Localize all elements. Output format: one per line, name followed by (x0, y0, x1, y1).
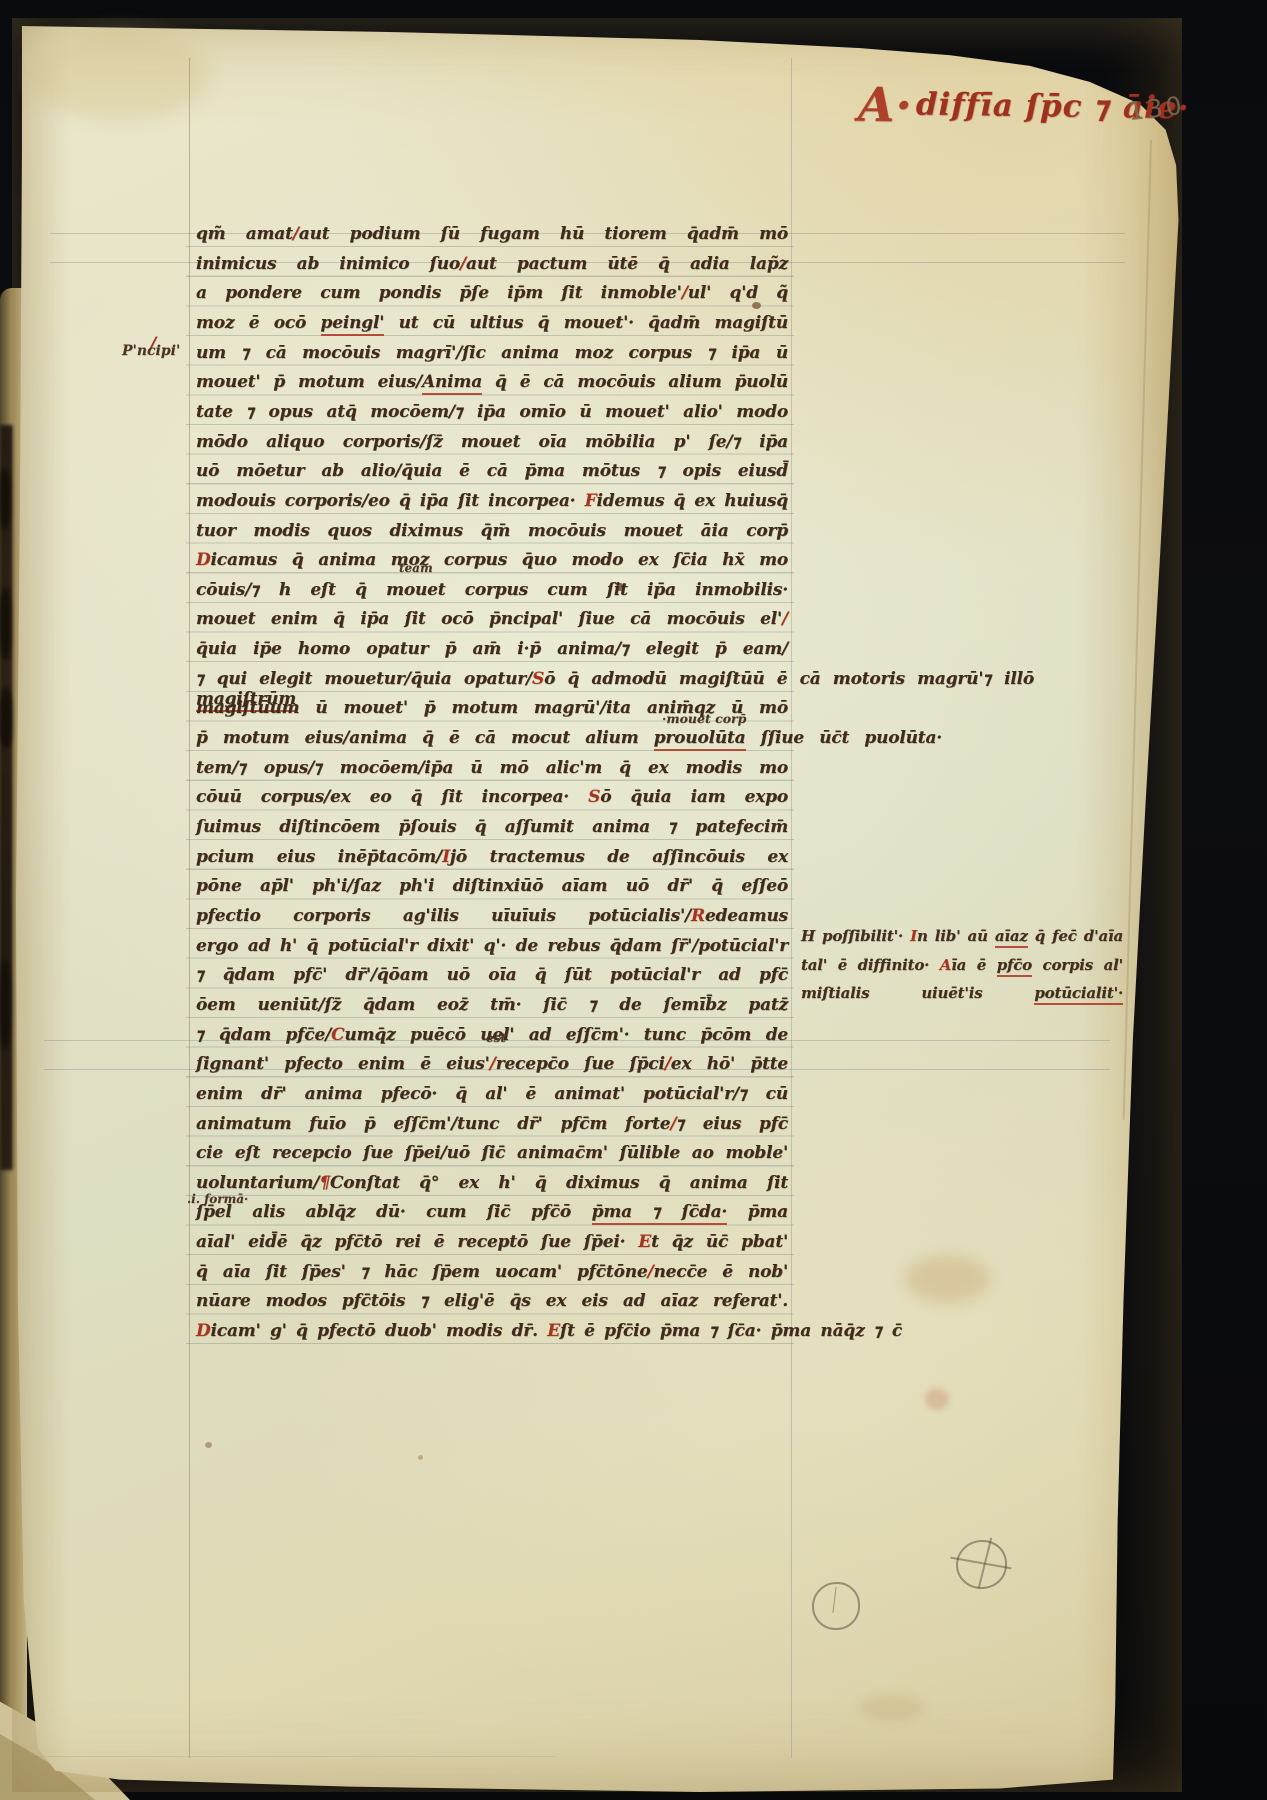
manuscript-line-32: cie eſt recepcio ſue ſp̄ei/uō ſic̄ anima… (196, 1143, 788, 1172)
underleaf-text-smudge (0, 588, 11, 660)
rubricated-letter: S (588, 787, 600, 807)
text-segment: icam' g' q̄ pfectō duob' modis dr̄. (211, 1321, 548, 1341)
rubricated-letter: E (638, 1232, 651, 1252)
manuscript-line-20: cōuū corpus/ex eo q̄ ſit incorpea· Sō q̄… (196, 787, 788, 816)
text-segment: animatum fuīo p̄ eſſc̄m'/tunc dr̄' pfc̄m… (196, 1114, 670, 1134)
text-segment: qm̃ amat (196, 224, 293, 244)
rubricated-letter: C (331, 1025, 344, 1045)
gloss-note-6: .i. formā· (187, 1192, 248, 1206)
text-segment: q̄ aīa ſit ſp̄es' ⁊ hāc ſp̄em uocam' pfc… (196, 1262, 648, 1282)
text-segment: umq̄z puēcō uel' ad eſſc̄m'· tunc p̄cōm … (344, 1025, 788, 1045)
text-segment: mouet' p̄ motum eius/ (196, 372, 422, 392)
text-segment: q̄ ē cā mocōuis alium p̄uolū (482, 372, 788, 392)
red-underlined-word: Anima (422, 372, 482, 395)
stain (860, 1695, 924, 1721)
text-segment: q̄ fec̄ d'aīa (1028, 927, 1123, 945)
text-segment: mōdo aliquo corporis/ſz̄ mouet oīa mōbil… (196, 432, 788, 452)
text-segment: enim dr̄' anima pfecō· q̄ al' ē animat' … (196, 1084, 788, 1104)
red-underlined-word: prouolūta (654, 728, 746, 751)
text-segment: inimicus ab inimico ſuo (196, 254, 460, 274)
stain (925, 1388, 949, 1410)
text-segment: p̄ma (727, 1202, 788, 1222)
underleaf-text-smudge (0, 960, 10, 1050)
through-line (36, 1756, 556, 1757)
manuscript-line-4: moz ē ocō peingl' ut cū ultius q̄ mouet'… (196, 313, 788, 342)
text-segment: cie eſt recepcio ſue ſp̄ei/uō ſic̄ anima… (196, 1143, 788, 1163)
text-segment: q̄uia ip̄e homo opatur p̄ am̄ i·p̄ anima… (196, 639, 788, 659)
text-segment: ſignant' pfecto enim ē eius' (196, 1054, 490, 1074)
rubricated-letter: D (196, 1321, 211, 1341)
gloss-note-4: ·mouet corp̄ (662, 711, 746, 726)
text-segment: pfectio corporis ag'ilis uīuīuis potūcia… (196, 906, 691, 926)
manuscript-line-3: a pondere cum pondis p̄ſe ip̄m ſit inmob… (196, 283, 788, 312)
gloss-note-2: P'ncipi' (122, 343, 180, 359)
margin-note-line-2: tal' ē diffinito· Aīa ē pfc̄o corpis al' (801, 956, 1123, 984)
text-segment: modouis corporis/eo q̄ ip̄a ſit incorpea… (196, 491, 585, 511)
text-segment: ⁊ eius pfc̄ (676, 1114, 788, 1134)
text-segment: moz ē ocō (196, 313, 321, 333)
text-segment: uō mōetur ab alio/q̄uia ē cā p̄ma mōtus … (196, 461, 788, 481)
red-underlined-word: potūcialit'· (1034, 984, 1123, 1005)
text-segment: ul' q'd q̃ (688, 283, 788, 303)
margin-rule-left (189, 58, 190, 1758)
text-segment: ō q̄ admodū magiſtūū ē cā motoris magrū'… (544, 669, 1034, 689)
text-segment: tal' ē diffinito· (801, 956, 940, 974)
manuscript-line-18: p̄ motum eius/anima q̄ ē cā mocut alium … (196, 728, 942, 757)
text-segment: jō tractemus de aſſincōuis ex (450, 847, 788, 867)
text-segment: miſtialis uiuēt'is (801, 984, 1034, 1002)
text-segment: ſt ē pfc̄io p̄ma ⁊ ſc̄a· p̄ma nāq̄z ⁊ c̄ (560, 1321, 902, 1341)
rubricated-letter: F (585, 491, 597, 511)
red-underlined-word: peingl' (321, 313, 385, 336)
text-segment: a pondere cum pondis p̄ſe ip̄m ſit inmob… (196, 283, 682, 303)
gloss-note-5: est (486, 1031, 506, 1045)
text-segment: ex hō' p̄tte (671, 1054, 788, 1074)
text-segment: ſp̄el alis ablq̄z dū· cum ſic̄ pfc̄ō (196, 1202, 592, 1222)
stain (30, 30, 210, 120)
manuscript-line-38: Dicam' g' q̄ pfectō duob' modis dr̄. Eſt… (196, 1321, 902, 1350)
manuscript-line-15: q̄uia ip̄e homo opatur p̄ am̄ i·p̄ anima… (196, 639, 788, 668)
text-segment: ergo ad h' q̄ potūcial'r dixit' q'· de r… (196, 936, 788, 956)
manuscript-line-7: tate ⁊ opus atq̄ mocōem/⁊ ip̄a omīo ū mo… (196, 402, 788, 431)
manuscript-line-34: ſp̄el alis ablq̄z dū· cum ſic̄ pfc̄ō p̄m… (196, 1202, 788, 1231)
rubricated-letter: S (532, 669, 544, 689)
pencil-circle-small (812, 1582, 860, 1630)
text-segment: cōuū corpus/ex eo q̄ ſit incorpea· (196, 787, 588, 807)
red-underlined-word: aīaz (995, 927, 1028, 948)
text-segment: ⁊ q̄dam pfc̄' dr̄'/q̄ōam uō oīa q̄ ſūt p… (196, 965, 788, 985)
text-segment: t q̄z ūc̄ pbat' (651, 1232, 788, 1252)
text-segment: ⁊ qui elegit mouetur/q̄uia opatur/ (196, 669, 532, 689)
text-segment: īa ē (951, 956, 997, 974)
manuscript-line-33: uoluntarium/¶Conſtat q̄° ex h' q̄ diximu… (196, 1173, 788, 1202)
rubricated-letter: A (940, 956, 951, 974)
rubricated-letter: I (910, 927, 917, 945)
manuscript-line-23: pōne ap̄l' ph'i/ſaz ph'i diſtinxiūō aīam… (196, 876, 788, 905)
text-segment: ſuimus diſtincōem p̄ſouis q̄ aſſumit ani… (196, 817, 788, 837)
manuscript-line-26: ⁊ q̄dam pfc̄' dr̄'/q̄ōam uō oīa q̄ ſūt p… (196, 965, 788, 994)
manuscript-line-31: animatum fuīo p̄ eſſc̄m'/tunc dr̄' pfc̄m… (196, 1114, 788, 1143)
manuscript-line-13: cōuis/⁊ h eſt q̄ mouet corpus cum ſit ip… (196, 580, 788, 609)
manuscript-line-29: ſignant' pfecto enim ē eius'/recepc̄o ſu… (196, 1054, 788, 1083)
text-segment: ut cū ultius q̄ mouet'· q̄adm̄ magiſtū (384, 313, 788, 333)
manuscript-line-2: inimicus ab inimico ſuo/aut pactum ūtē q… (196, 254, 788, 283)
ink-speck (418, 1455, 423, 1460)
rubric-initial: A· (858, 78, 914, 134)
gloss-note-3: team (399, 561, 433, 575)
rubricated-letter: R (691, 906, 705, 926)
text-segment: cōuis/⁊ h eſt q̄ mouet corpus cum ſit ip… (196, 580, 788, 600)
text-segment: tuor modis quos diximus q̄m̄ mocōuis mou… (196, 521, 788, 541)
manuscript-photo: A·diffīa ſp̄c ⁊ āie· 130 qm̃ amat/aut po… (0, 0, 1267, 1800)
text-segment: n lib' aū (917, 927, 995, 945)
manuscript-line-30: enim dr̄' anima pfecō· q̄ al' ē animat' … (196, 1084, 788, 1113)
manuscript-line-25: ergo ad h' q̄ potūcial'r dixit' q'· de r… (196, 936, 788, 965)
underleaf-text-smudge (0, 468, 10, 530)
text-segment: um ⁊ cā mocōuis magrī'/ſic anima moz cor… (196, 343, 788, 363)
text-segment: pcium eius inēp̄tacōm/ (196, 847, 442, 867)
manuscript-line-5: um ⁊ cā mocōuis magrī'/ſic anima moz cor… (196, 343, 788, 372)
manuscript-line-37: nūare modos pfc̄tōis ⁊ elig'ē q̄s ex eis… (196, 1291, 788, 1320)
rubricated-letter: D (196, 550, 211, 570)
underleaf-shadow (0, 425, 13, 1170)
manuscript-line-10: modouis corporis/eo q̄ ip̄a ſit incorpea… (196, 491, 788, 520)
text-segment: p̄ motum eius/anima q̄ ē cā mocut alium (196, 728, 654, 748)
manuscript-line-14: mouet enim q̄ ip̄a ſit ocō p̄ncipal' ſiu… (196, 609, 788, 638)
text-segment: icamus q̄ anima moz corpus q̄uo modo ex … (211, 550, 788, 570)
rubricated-letter: I (442, 847, 450, 867)
manuscript-line-21: ſuimus diſtincōem p̄ſouis q̄ aſſumit ani… (196, 817, 788, 846)
text-segment: ſſiue ūc̄t puolūta· (746, 728, 943, 748)
margin-note-line-3: miſtialis uiuēt'is potūcialit'· (801, 984, 1123, 1012)
margin-note-line-1: H poſſibilit'· In lib' aū aīaz q̄ fec̄ d… (801, 927, 1123, 955)
manuscript-line-6: mouet' p̄ motum eius/Anima q̄ ē cā mocōu… (196, 372, 788, 401)
manuscript-line-1: qm̃ amat/aut podium ſū fugam hū tiorem q… (196, 224, 788, 253)
stain (905, 1255, 990, 1303)
manuscript-line-36: q̄ aīa ſit ſp̄es' ⁊ hāc ſp̄em uocam' pfc… (196, 1262, 788, 1291)
red-underlined-word: p̄ma ⁊ ſc̄da· (592, 1202, 727, 1225)
text-segment: mouet enim q̄ ip̄a ſit ocō p̄ncipal' ſiu… (196, 609, 782, 629)
pencil-cross-line (950, 1557, 1011, 1569)
pencil-circle-large (956, 1540, 1007, 1589)
text-segment: recepc̄o ſue ſp̄ci (496, 1054, 665, 1074)
text-segment: ⁊ q̄dam pfc̄e/ (196, 1025, 331, 1045)
manuscript-line-35: aīal' eid̄ē q̄z pfc̄tō rei ē receptō ſue… (196, 1232, 788, 1261)
text-segment: aīal' eid̄ē q̄z pfc̄tō rei ē receptō ſue… (196, 1232, 638, 1252)
red-underlined-word: pfc̄o (997, 956, 1032, 977)
text-segment: aut pactum ūtē q̄ adia lap̃z (466, 254, 788, 274)
pencil-stroke (832, 1587, 837, 1613)
manuscript-line-22: pcium eius inēp̄tacōm/Ijō tractemus de a… (196, 847, 788, 876)
ink-speck (205, 1442, 212, 1448)
text-segment: Conſtat q̄° ex h' q̄ diximus q̄ anima ſi… (330, 1173, 788, 1193)
manuscript-line-12: Dicamus q̄ anima moz corpus q̄uo modo ex… (196, 550, 788, 579)
manuscript-line-8: mōdo aliquo corporis/ſz̄ mouet oīa mōbil… (196, 432, 788, 461)
text-segment: corpis al' (1032, 956, 1123, 974)
text-segment: ō q̄uia iam expo (600, 787, 788, 807)
manuscript-line-24: pfectio corporis ag'ilis uīuīuis potūcia… (196, 906, 788, 935)
margin-rule-right (791, 58, 792, 1758)
text-segment: tem/⁊ opus/⁊ mocōem/ip̄a ū mō alic'm q̄ … (196, 758, 788, 778)
manuscript-line-16: ⁊ qui elegit mouetur/q̄uia opatur/Sō q̄ … (196, 669, 1034, 698)
text-segment: H poſſibilit'· (801, 927, 910, 945)
text-segment: idemus q̄ ex huiusq̄ (596, 491, 788, 511)
text-segment: necc̄e ē nob' (654, 1262, 788, 1282)
manuscript-line-9: uō mōetur ab alio/q̄uia ē cā p̄ma mōtus … (196, 461, 788, 490)
text-segment: tate ⁊ opus atq̄ mocōem/⁊ ip̄a omīo ū mo… (196, 402, 788, 422)
text-segment: ōem ueniūt/ſz̄ q̄dam eoz̄ tm̄· ſic̄ ⁊ de… (196, 995, 788, 1015)
text-segment: aut podium ſū fugam hū tiorem q̄adm̄ mō (299, 224, 788, 244)
manuscript-line-11: tuor modis quos diximus q̄m̄ mocōuis mou… (196, 521, 788, 550)
rubricated-letter: ¶ (319, 1173, 330, 1193)
rubricated-letter: / (782, 609, 788, 629)
text-segment: pōne ap̄l' ph'i/ſaz ph'i diſtinxiūō aīam… (196, 876, 788, 896)
text-segment: nūare modos pfc̄tōis ⁊ elig'ē q̄s ex eis… (196, 1291, 788, 1311)
manuscript-line-19: tem/⁊ opus/⁊ mocōem/ip̄a ū mō alic'm q̄ … (196, 758, 788, 787)
text-segment: edeamus (705, 906, 788, 926)
manuscript-line-27: ōem ueniūt/ſz̄ q̄dam eoz̄ tm̄· ſic̄ ⁊ de… (196, 995, 788, 1024)
underleaf-text-smudge (0, 688, 12, 748)
text-segment: uoluntarium/ (196, 1173, 319, 1193)
rubricated-letter: E (547, 1321, 560, 1341)
